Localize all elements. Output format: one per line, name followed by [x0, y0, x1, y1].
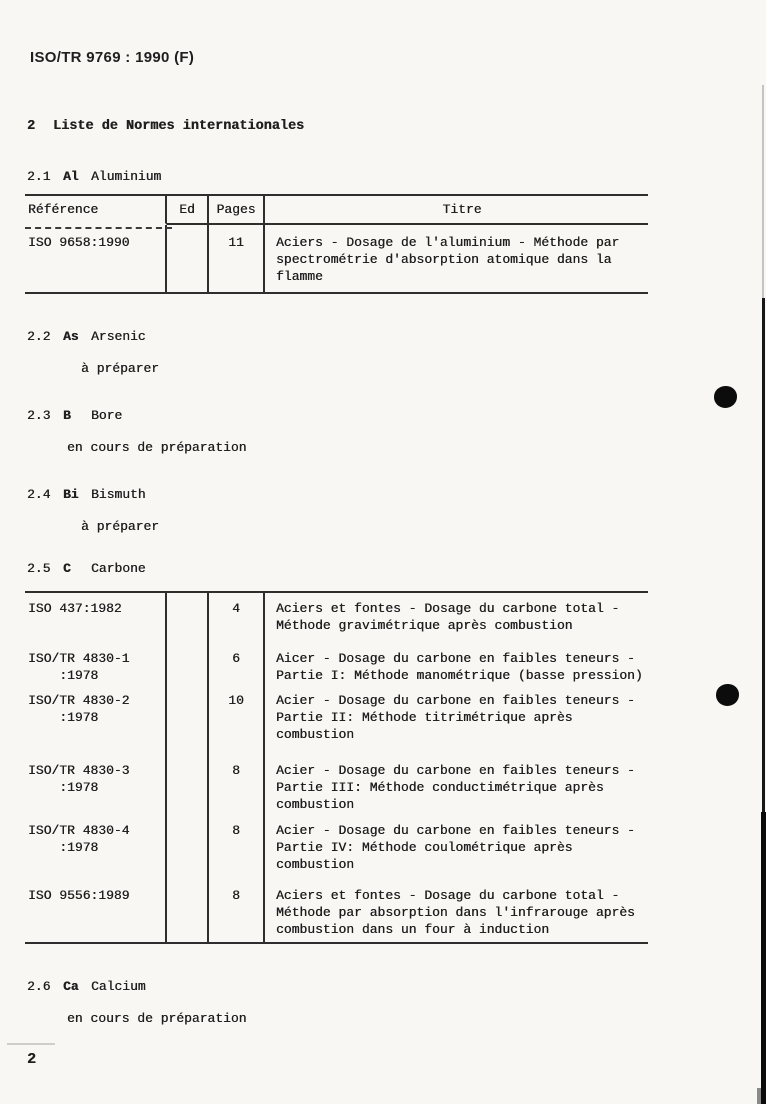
page-number: 2 [27, 1051, 36, 1068]
column-header-ed: Ed [167, 196, 209, 225]
section-number: 2.4 [27, 486, 63, 503]
carbone-standards-table: ISO 437:1982 4 Aciers et fontes - Dosage… [25, 591, 648, 944]
status-note: en cours de préparation [67, 1010, 246, 1027]
section-number: 2.3 [27, 407, 63, 424]
scan-edge-artifact [761, 812, 766, 1104]
pages-cell: 4 [209, 593, 265, 650]
section-2-heading: 2Liste de Normes internationales [27, 119, 304, 134]
reference-cell: ISO/TR 4830-3 :1978 [25, 762, 167, 822]
reference-cell: ISO 437:1982 [25, 593, 167, 650]
element-name: Calcium [91, 979, 146, 994]
section-2-number: 2 [27, 119, 53, 134]
scan-edge-artifact [762, 298, 765, 816]
table-row: ISO 9658:1990 11 Aciers - Dosage de l'al… [25, 225, 648, 292]
section-number: 2.5 [27, 560, 63, 577]
section-number: 2.6 [27, 978, 63, 995]
section-2-3: 2.3BBore en cours de préparation [27, 407, 246, 456]
element-symbol: Al [63, 168, 91, 185]
column-header-pages: Pages [209, 196, 265, 225]
column-header-reference: Référence [25, 196, 167, 225]
scanned-document-page: ISO/TR 9769 : 1990 (F) 2Liste de Normes … [0, 0, 766, 1104]
table-row: ISO/TR 4830-2 :1978 10 Acier - Dosage du… [25, 692, 648, 762]
ed-cell [167, 822, 209, 887]
title-cell: Aciers et fontes - Dosage du carbone tot… [265, 593, 648, 650]
punch-hole-dot [716, 684, 739, 706]
element-symbol: C [63, 560, 91, 577]
title-cell: Acier - Dosage du carbone en faibles ten… [265, 692, 648, 762]
pages-cell: 8 [209, 887, 265, 942]
section-2-4: 2.4BiBismuth à préparer [27, 486, 159, 535]
aluminium-standards-table: Référence Ed Pages Titre ISO 9658:1990 1… [25, 194, 648, 294]
section-2-4-heading: 2.4BiBismuth [27, 486, 159, 503]
title-cell: Aciers et fontes - Dosage du carbone tot… [265, 887, 648, 942]
section-2-title: Liste de Normes internationales [53, 119, 304, 134]
title-cell: Acier - Dosage du carbone en faibles ten… [265, 822, 648, 887]
element-name: Bore [91, 408, 122, 423]
scan-edge-artifact [757, 1088, 761, 1104]
section-2-3-heading: 2.3BBore [27, 407, 246, 424]
ed-cell [167, 225, 209, 292]
element-symbol: B [63, 407, 91, 424]
scan-edge-artifact [762, 85, 764, 300]
reference-cell: ISO 9658:1990 [25, 225, 167, 292]
status-note: à préparer [81, 518, 159, 535]
pages-cell: 6 [209, 650, 265, 692]
reference-cell: ISO 9556:1989 [25, 887, 167, 942]
table-row: ISO/TR 4830-1 :1978 6 Aicer - Dosage du … [25, 650, 648, 692]
document-reference-header: ISO/TR 9769 : 1990 (F) [30, 49, 194, 66]
element-name: Aluminium [91, 169, 161, 184]
pages-cell: 10 [209, 692, 265, 762]
reference-cell: ISO/TR 4830-4 :1978 [25, 822, 167, 887]
element-symbol: Ca [63, 978, 91, 995]
ed-cell [167, 887, 209, 942]
pages-cell: 11 [209, 225, 265, 292]
status-note: à préparer [81, 360, 159, 377]
table-row: ISO/TR 4830-4 :1978 8 Acier - Dosage du … [25, 822, 648, 887]
table-row: ISO 437:1982 4 Aciers et fontes - Dosage… [25, 593, 648, 650]
element-name: Arsenic [91, 329, 146, 344]
title-cell: Aciers - Dosage de l'aluminium - Méthode… [265, 225, 648, 292]
table-row: ISO 9556:1989 8 Aciers et fontes - Dosag… [25, 887, 648, 942]
section-2-1-heading: 2.1AlAluminium [27, 168, 161, 185]
reference-cell: ISO/TR 4830-1 :1978 [25, 650, 167, 692]
table-row: ISO/TR 4830-3 :1978 8 Acier - Dosage du … [25, 762, 648, 822]
section-number: 2.1 [27, 168, 63, 185]
ed-cell [167, 762, 209, 822]
dashed-divider [25, 227, 172, 229]
reference-cell: ISO/TR 4830-2 :1978 [25, 692, 167, 762]
section-2-2-heading: 2.2AsArsenic [27, 328, 159, 345]
section-2-2: 2.2AsArsenic à préparer [27, 328, 159, 377]
section-2-5: 2.5CCarbone [27, 560, 146, 577]
section-2-6-heading: 2.6CaCalcium [27, 978, 246, 995]
pages-cell: 8 [209, 822, 265, 887]
pages-cell: 8 [209, 762, 265, 822]
ed-cell [167, 650, 209, 692]
element-name: Carbone [91, 561, 146, 576]
element-symbol: Bi [63, 486, 91, 503]
title-cell: Acier - Dosage du carbone en faibles ten… [265, 762, 648, 822]
scan-speck-artifact [7, 1043, 55, 1045]
status-note: en cours de préparation [67, 439, 246, 456]
section-2-1: 2.1AlAluminium [27, 168, 161, 185]
table-header-row: Référence Ed Pages Titre [25, 196, 648, 225]
ed-cell [167, 593, 209, 650]
ed-cell [167, 692, 209, 762]
section-2-5-heading: 2.5CCarbone [27, 560, 146, 577]
punch-hole-dot [714, 386, 737, 408]
element-name: Bismuth [91, 487, 146, 502]
column-header-titre: Titre [265, 196, 648, 225]
section-2-6: 2.6CaCalcium en cours de préparation [27, 978, 246, 1027]
section-number: 2.2 [27, 328, 63, 345]
title-cell: Aicer - Dosage du carbone en faibles ten… [265, 650, 648, 692]
element-symbol: As [63, 328, 91, 345]
